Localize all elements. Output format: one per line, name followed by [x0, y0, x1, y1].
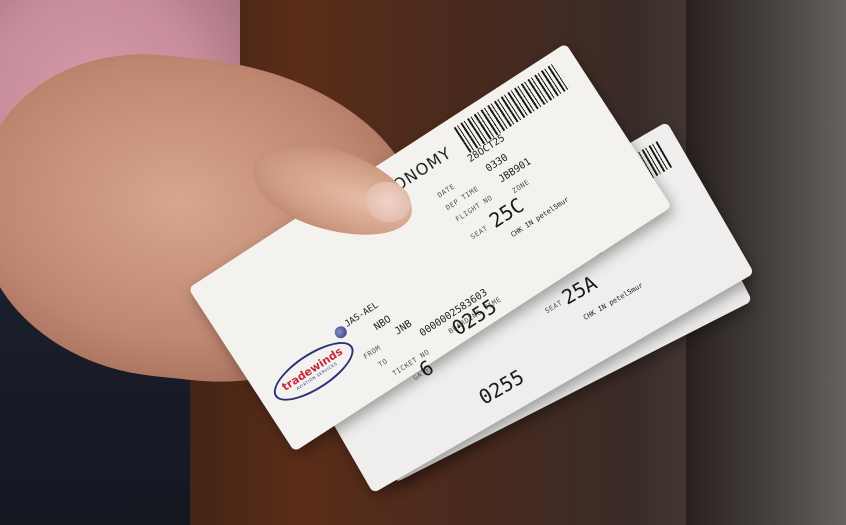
date-label: DATE — [436, 183, 456, 200]
to-label: TO — [377, 357, 389, 369]
seat-label: SEAT — [544, 299, 564, 315]
logo-name: tradewinds — [280, 346, 344, 393]
barcode-icon — [454, 62, 571, 153]
from-value: NBO — [372, 314, 393, 333]
seat-label: SEAT — [469, 224, 489, 241]
from-label: FROM — [362, 344, 382, 361]
to-value: JNB — [393, 318, 414, 337]
boarding-time-value: 0255 — [474, 365, 528, 410]
airline-logo: tradewinds AVIATION SERVICES — [265, 331, 362, 411]
